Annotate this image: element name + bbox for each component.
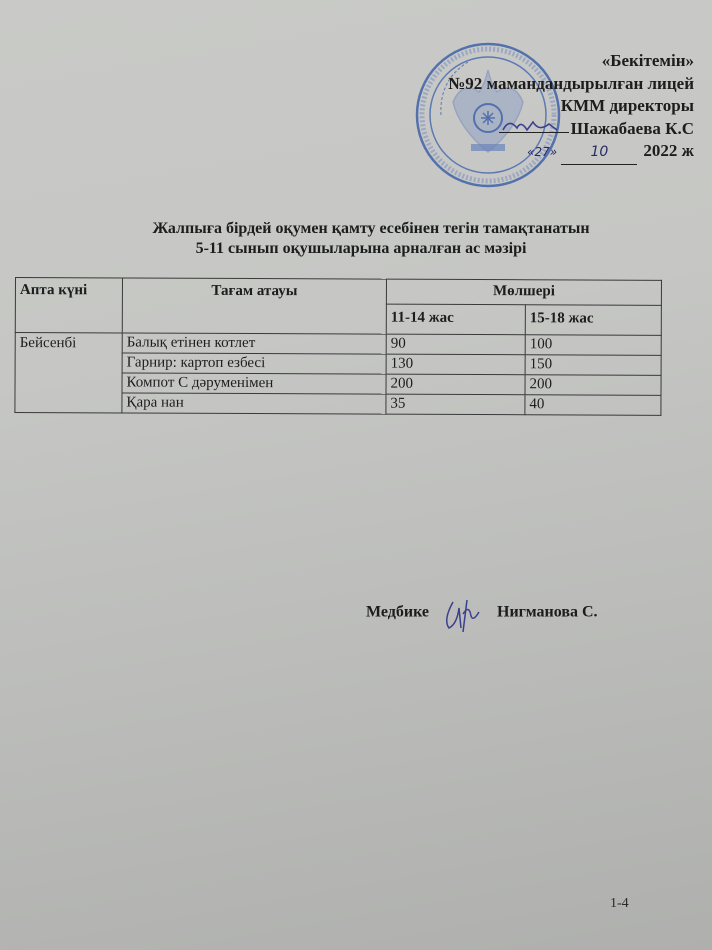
age2-cell: 40 bbox=[525, 395, 661, 416]
medic-signature-line: Медбике Нигманова С. bbox=[366, 598, 598, 628]
title-line-2: 5-11 сынып оқушыларына арналған ас мәзір… bbox=[0, 239, 712, 259]
header-dish: Тағам атауы bbox=[122, 278, 386, 334]
title-line-1: Жалпыға бірдей оқумен қамту есебінен тег… bbox=[0, 219, 712, 239]
date-year: 2022 ж bbox=[643, 141, 694, 160]
director-name: Шажабаева К.С bbox=[571, 119, 694, 138]
dish-cell: Компот С дәруменімен bbox=[122, 373, 386, 394]
header-day: Апта күні bbox=[15, 278, 122, 333]
medic-label: Медбике bbox=[366, 604, 429, 621]
approval-name-line: Шажабаева К.С bbox=[448, 118, 694, 141]
approval-position: КММ директоры bbox=[448, 95, 694, 118]
approval-date-line: «27» 102022 ж bbox=[448, 140, 694, 165]
medic-name: Нигманова С. bbox=[497, 604, 598, 621]
age2-cell: 200 bbox=[525, 375, 661, 396]
dish-cell: Гарнир: картоп езбесі bbox=[122, 353, 386, 374]
table-header-row: Апта күні Тағам атауы Мөлшері bbox=[15, 278, 661, 306]
date-day: «27» bbox=[527, 145, 557, 159]
age2-cell: 150 bbox=[525, 355, 661, 376]
header-amount: Мөлшері bbox=[386, 279, 661, 305]
document-title: Жалпыға бірдей оқумен қамту есебінен тег… bbox=[0, 219, 712, 259]
date-month: 10 bbox=[561, 141, 637, 165]
approval-org: №92 мамандандырылған лицей bbox=[448, 73, 694, 96]
menu-table: Апта күні Тағам атауы Мөлшері 11-14 жас … bbox=[14, 277, 662, 416]
table-row: Бейсенбі Балық етінен котлет 90 100 bbox=[15, 333, 661, 356]
age1-cell: 130 bbox=[386, 354, 525, 375]
dish-cell: Қара нан bbox=[122, 393, 386, 414]
header-age-15-18: 15-18 жас bbox=[525, 305, 661, 335]
header-age-11-14: 11-14 жас bbox=[386, 304, 525, 334]
age1-cell: 90 bbox=[386, 334, 525, 355]
page-number: 1-4 bbox=[610, 896, 629, 912]
age1-cell: 200 bbox=[386, 374, 525, 395]
age1-cell: 35 bbox=[386, 394, 525, 415]
medic-signature-icon bbox=[433, 598, 493, 628]
approval-block: «Бекітемін» №92 мамандандырылған лицей К… bbox=[448, 50, 694, 165]
approval-heading: «Бекітемін» bbox=[448, 50, 694, 73]
director-signature-icon bbox=[499, 118, 569, 133]
dish-cell: Балық етінен котлет bbox=[122, 333, 386, 354]
age2-cell: 100 bbox=[525, 335, 661, 356]
day-cell: Бейсенбі bbox=[15, 333, 122, 413]
